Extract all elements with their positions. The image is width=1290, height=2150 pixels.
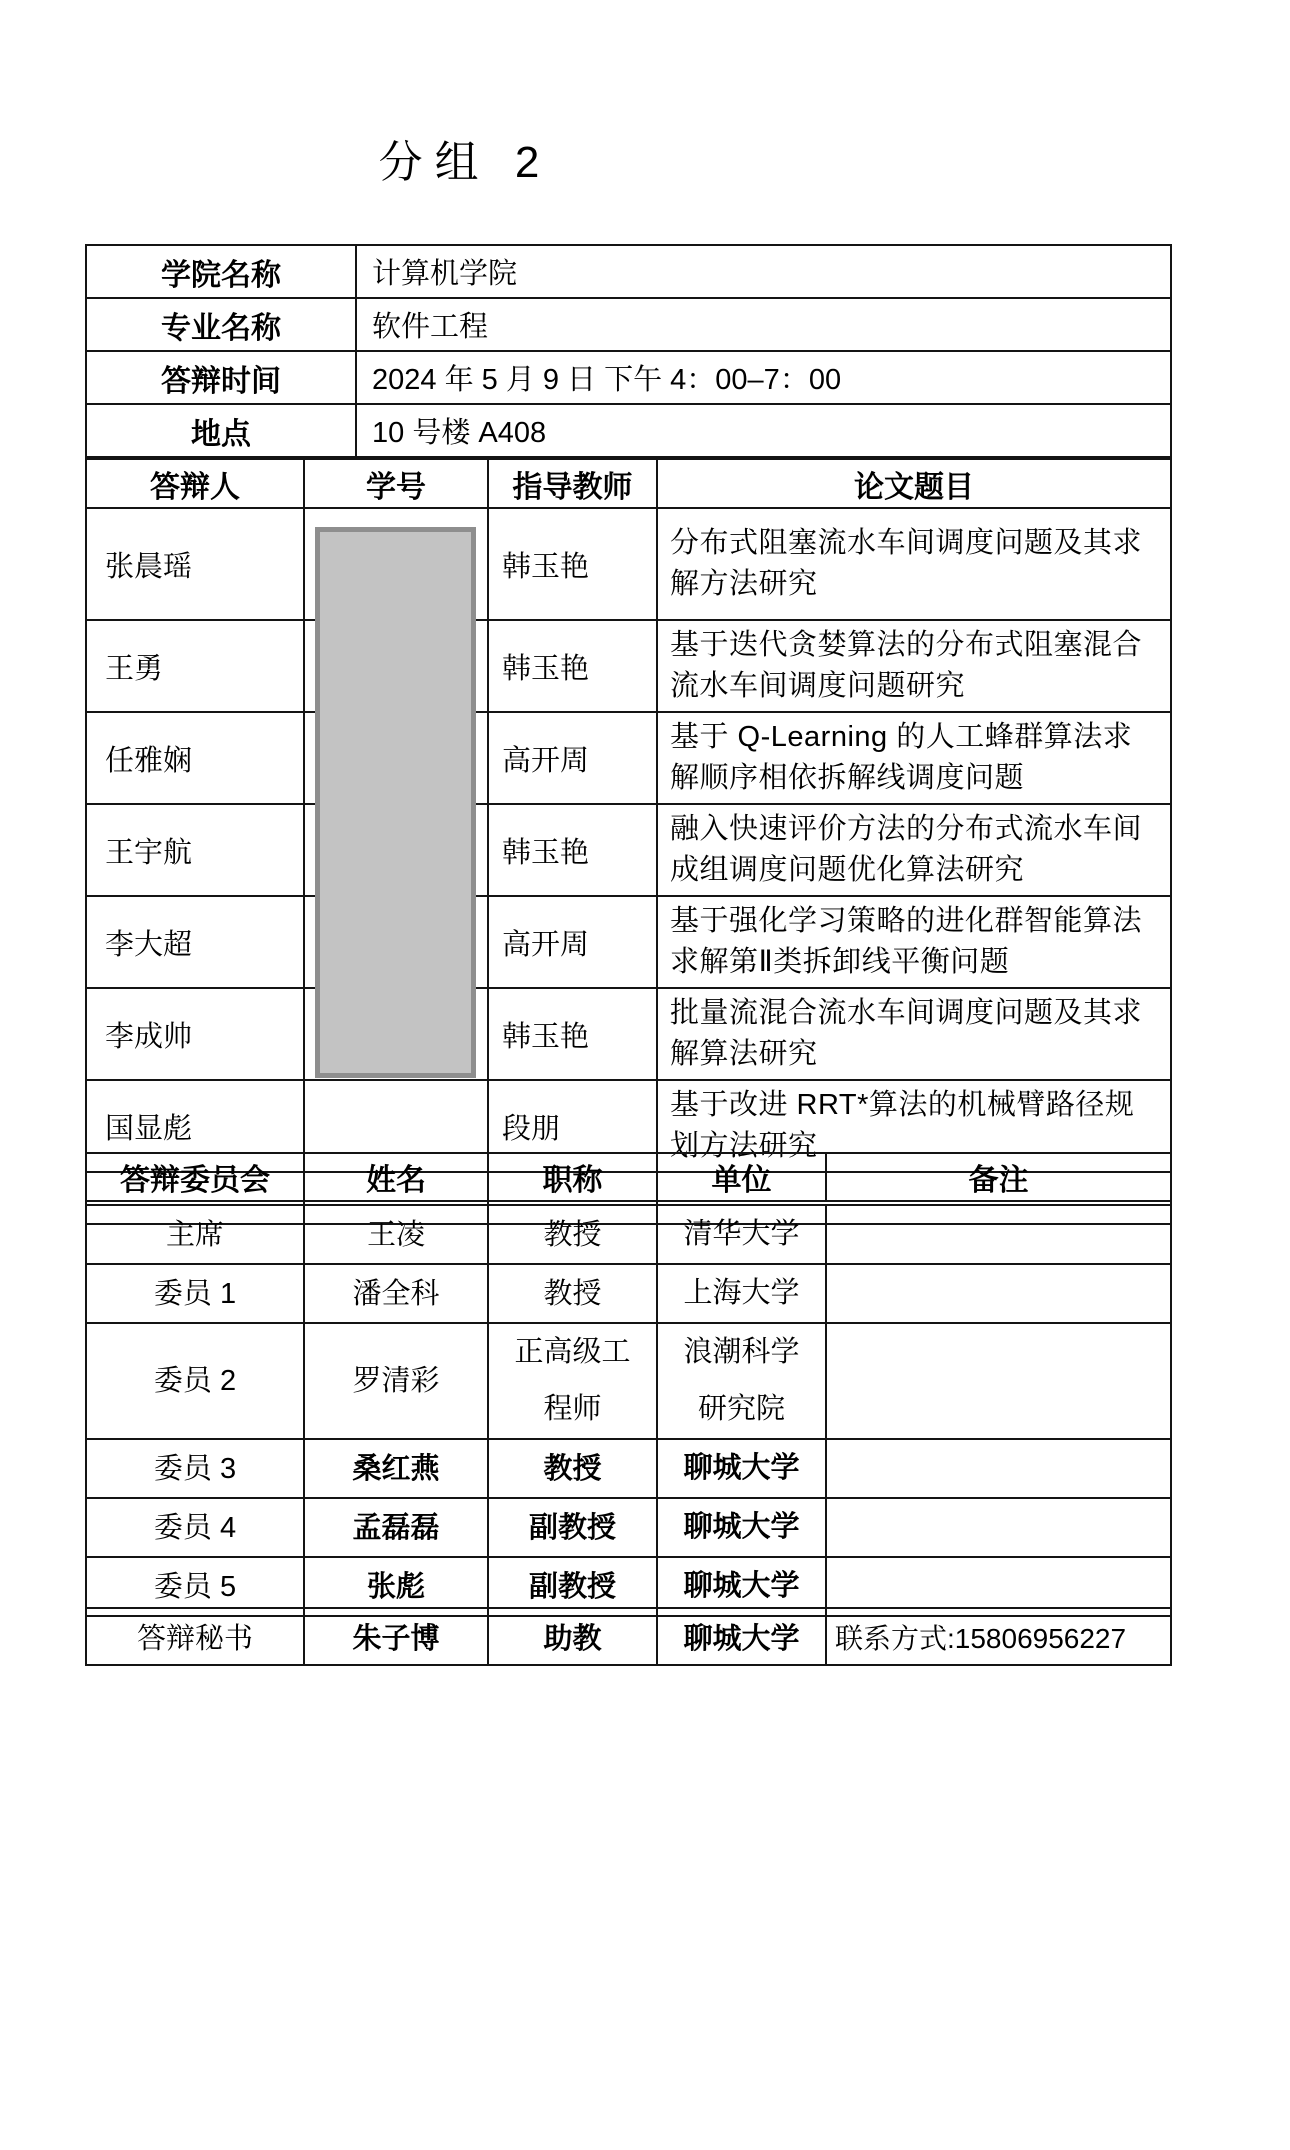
student-row: 王宇航 韩玉艳 融入快速评价方法的分布式流水车间成组调度问题优化算法研究 [86,804,1171,896]
committee-row: 委员 2 罗清彩 正高级工程师 浪潮科学研究院 [86,1323,1171,1439]
thesis-title: 基于 Q-Learning 的人工蜂群算法求解顺序相依拆解线调度问题 [657,712,1171,804]
committee-title: 教授 [488,1264,657,1323]
advisor-name: 高开周 [488,712,657,804]
student-row: 李大超 高开周 基于强化学习策略的进化群智能算法求解第Ⅱ类拆卸线平衡问题 [86,896,1171,988]
student-name: 王宇航 [86,804,304,896]
student-name: 张晨瑶 [86,508,304,620]
student-row: 任雅娴 高开周 基于 Q-Learning 的人工蜂群算法求解顺序相依拆解线调度… [86,712,1171,804]
info-value-time: 2024 年 5 月 9 日 下午 4：00–7：00 [356,351,1171,404]
column-header-advisor: 指导教师 [488,459,657,508]
secretary-contact: 联系方式:15806956227 [826,1608,1171,1665]
thesis-title: 基于强化学习策略的进化群智能算法求解第Ⅱ类拆卸线平衡问题 [657,896,1171,988]
committee-role: 委员 4 [86,1498,304,1557]
committee-name: 潘全科 [304,1264,488,1323]
column-header-student-id: 学号 [304,459,488,508]
thesis-title: 基于迭代贪婪算法的分布式阻塞混合流水车间调度问题研究 [657,620,1171,712]
info-row: 地点 10 号楼 A408 [86,404,1171,457]
committee-role: 委员 2 [86,1323,304,1439]
committee-role: 委员 1 [86,1264,304,1323]
column-header-name: 姓名 [304,1153,488,1201]
secretary-table: 答辩秘书 朱子博 助教 聊城大学 联系方式:15806956227 [85,1607,1172,1666]
student-name: 李成帅 [86,988,304,1080]
committee-unit: 聊城大学 [657,1439,826,1498]
column-header-title: 职称 [488,1153,657,1201]
committee-row: 委员 4 孟磊磊 副教授 聊城大学 [86,1498,1171,1557]
info-label-location: 地点 [86,404,356,457]
committee-note [826,1205,1171,1264]
document-page: 分组 2 学院名称 计算机学院 专业名称 软件工程 答辩时间 2024 年 5 … [0,0,1290,2150]
student-name: 李大超 [86,896,304,988]
student-row: 李成帅 韩玉艳 批量流混合流水车间调度问题及其求解算法研究 [86,988,1171,1080]
column-header-thesis: 论文题目 [657,459,1171,508]
committee-title: 助教 [488,1608,657,1665]
committee-table: 主席 王凌 教授 清华大学 委员 1 潘全科 教授 上海大学 委员 2 罗清彩 … [85,1204,1172,1617]
students-header-row: 答辩人 学号 指导教师 论文题目 [86,459,1171,508]
committee-role: 委员 3 [86,1439,304,1498]
committee-title: 副教授 [488,1498,657,1557]
committee-note [826,1439,1171,1498]
column-header-unit: 单位 [657,1153,826,1201]
committee-note [826,1498,1171,1557]
advisor-name: 韩玉艳 [488,508,657,620]
committee-name: 朱子博 [304,1608,488,1665]
student-name: 王勇 [86,620,304,712]
secretary-row: 答辩秘书 朱子博 助教 聊城大学 联系方式:15806956227 [86,1608,1171,1665]
info-value-major: 软件工程 [356,298,1171,351]
committee-title: 正高级工程师 [488,1323,657,1439]
committee-title: 教授 [488,1205,657,1264]
student-row: 王勇 韩玉艳 基于迭代贪婪算法的分布式阻塞混合流水车间调度问题研究 [86,620,1171,712]
student-id-redaction-box [315,527,476,1078]
page-title: 分组 2 [85,126,845,190]
advisor-name: 韩玉艳 [488,988,657,1080]
committee-header-table: 答辩委员会 姓名 职称 单位 备注 [85,1152,1172,1202]
committee-unit: 浪潮科学研究院 [657,1323,826,1439]
committee-unit: 聊城大学 [657,1608,826,1665]
info-label-time: 答辩时间 [86,351,356,404]
advisor-name: 韩玉艳 [488,620,657,712]
committee-unit: 上海大学 [657,1264,826,1323]
students-table: 答辩人 学号 指导教师 论文题目 张晨瑶 韩玉艳 分布式阻塞流水车间调度问题及其… [85,458,1172,1225]
committee-row: 委员 1 潘全科 教授 上海大学 [86,1264,1171,1323]
committee-role: 主席 [86,1205,304,1264]
column-header-defender: 答辩人 [86,459,304,508]
info-row: 专业名称 软件工程 [86,298,1171,351]
thesis-title: 融入快速评价方法的分布式流水车间成组调度问题优化算法研究 [657,804,1171,896]
committee-note [826,1264,1171,1323]
committee-unit: 聊城大学 [657,1498,826,1557]
info-table: 学院名称 计算机学院 专业名称 软件工程 答辩时间 2024 年 5 月 9 日… [85,244,1172,458]
thesis-title: 分布式阻塞流水车间调度问题及其求解方法研究 [657,508,1171,620]
info-label-major: 专业名称 [86,298,356,351]
committee-header-row: 答辩委员会 姓名 职称 单位 备注 [86,1153,1171,1201]
info-row: 答辩时间 2024 年 5 月 9 日 下午 4：00–7：00 [86,351,1171,404]
committee-title: 教授 [488,1439,657,1498]
info-value-college: 计算机学院 [356,245,1171,298]
info-row: 学院名称 计算机学院 [86,245,1171,298]
committee-row: 主席 王凌 教授 清华大学 [86,1205,1171,1264]
committee-name: 桑红燕 [304,1439,488,1498]
advisor-name: 高开周 [488,896,657,988]
thesis-title: 批量流混合流水车间调度问题及其求解算法研究 [657,988,1171,1080]
column-header-note: 备注 [826,1153,1171,1201]
committee-unit: 清华大学 [657,1205,826,1264]
advisor-name: 韩玉艳 [488,804,657,896]
committee-name: 罗清彩 [304,1323,488,1439]
student-name: 任雅娴 [86,712,304,804]
committee-note [826,1323,1171,1439]
student-row: 张晨瑶 韩玉艳 分布式阻塞流水车间调度问题及其求解方法研究 [86,508,1171,620]
committee-role: 答辩秘书 [86,1608,304,1665]
info-label-college: 学院名称 [86,245,356,298]
committee-row: 委员 3 桑红燕 教授 聊城大学 [86,1439,1171,1498]
column-header-committee: 答辩委员会 [86,1153,304,1201]
info-value-location: 10 号楼 A408 [356,404,1171,457]
committee-name: 孟磊磊 [304,1498,488,1557]
committee-name: 王凌 [304,1205,488,1264]
